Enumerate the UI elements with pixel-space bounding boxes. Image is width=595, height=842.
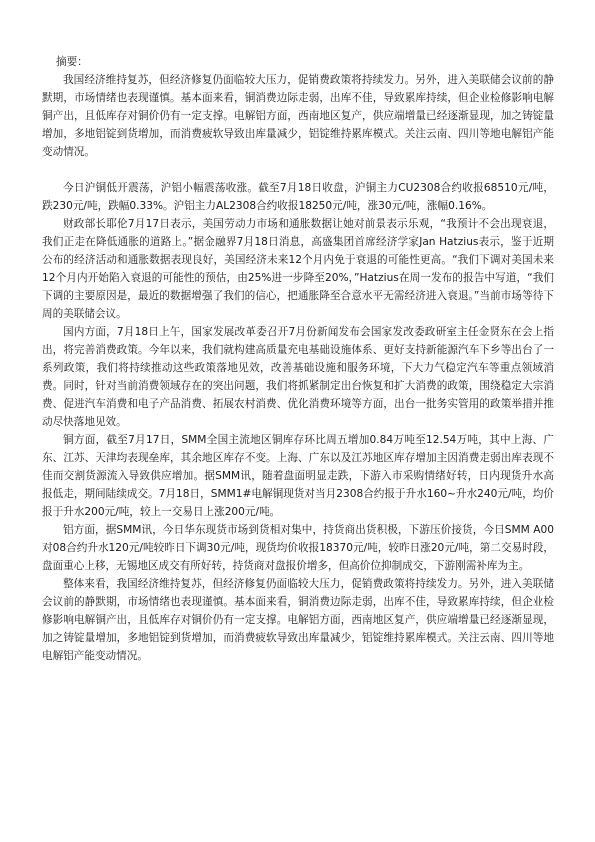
document-page: 摘要： 我国经济维持复苏，但经济修复仍面临较大压力，促销费政策将持续发力。另外，… bbox=[42, 53, 554, 665]
abstract-paragraph: 我国经济维持复苏，但经济修复仍面临较大压力，促销费政策将持续发力。另外，进入美联… bbox=[42, 71, 554, 161]
market-summary-paragraph: 今日沪铜低开震荡，沪铝小幅震荡收涨。截至7月18日收盘，沪铜主力CU2308合约… bbox=[42, 179, 554, 215]
spacer bbox=[42, 161, 554, 179]
abstract-label: 摘要： bbox=[42, 53, 554, 71]
copper-paragraph: 铜方面，截至7月17日，SMM全国主流地区铜库存环比周五增加0.84万吨至12.… bbox=[42, 431, 554, 521]
conclusion-paragraph: 整体来看，我国经济维持复苏，但经济修复仍面临较大压力，促销费政策将持续发力。另外… bbox=[42, 575, 554, 665]
macro-paragraph: 财政部长耶伦7月17日表示，美国劳动力市场和通胀数据让她对前景表示乐观，“我预计… bbox=[42, 215, 554, 323]
aluminum-paragraph: 铝方面，据SMM讯，今日华东现货市场到货相对集中，持货商出货积极，下游压价接货，… bbox=[42, 521, 554, 575]
domestic-policy-paragraph: 国内方面，7月18日上午，国家发展改革委召开7月份新闻发布会国家发改委政研室主任… bbox=[42, 323, 554, 431]
